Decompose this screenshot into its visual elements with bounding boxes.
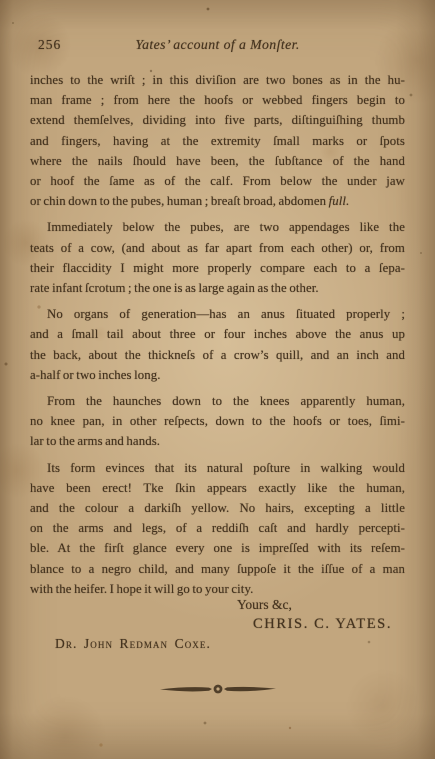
text-segment: No organs of generation—has an anus ſitu… — [47, 307, 405, 321]
text-segment: the back, about the thickneſs of a crow’… — [30, 348, 405, 362]
paragraph: From the haunches down to the knees appa… — [30, 391, 405, 452]
text-segment: no knee pan, in other reſpects, down to … — [30, 414, 405, 428]
signature: CHRIS. C. YATES. — [253, 616, 392, 633]
text-line: ble. At the firſt glance every one is im… — [30, 538, 405, 558]
text-line: inches to the wriſt ; in this diviſion a… — [30, 70, 405, 90]
text-line: man frame ; from here the hoofs or webbe… — [30, 90, 405, 110]
text-segment: their flaccidity I might more properly c… — [30, 261, 405, 275]
running-head: 256 Yates’ account of a Monſter. — [0, 37, 435, 55]
text-segment: Its form evinces that its natural poſtur… — [47, 461, 405, 475]
text-segment: and fingers, having at the extremity ſma… — [30, 134, 405, 148]
addressee: Dr. John Redman Coxe. — [55, 636, 211, 652]
text-segment: lar to the arms and hands. — [30, 434, 160, 448]
paragraph: Immediately below the pubes, are two app… — [30, 217, 405, 298]
running-title: Yates’ account of a Monſter. — [0, 37, 435, 53]
text-segment: rate infant ſcrotum ; the one is as larg… — [30, 281, 319, 295]
text-line: and the colour a darkiſh yellow. No hair… — [30, 498, 405, 518]
text-line: the back, about the thickneſs of a crow’… — [30, 345, 405, 365]
text-segment: extend themſelves, dividing into five pa… — [30, 113, 405, 127]
paragraph: Its form evinces that its natural poſtur… — [30, 458, 405, 599]
text-segment: with the heifer. I hope it will go to yo… — [30, 582, 253, 596]
text-segment: inches to the wriſt ; in this diviſion a… — [30, 73, 405, 87]
text-line: Immediately below the pubes, are two app… — [30, 217, 405, 237]
text-line: and fingers, having at the extremity ſma… — [30, 131, 405, 151]
text-segment: and a ſmall tail about three or four inc… — [30, 327, 405, 341]
text-line: Its form evinces that its natural poſtur… — [30, 458, 405, 478]
text-line: or hoof the ſame as of the calf. From be… — [30, 171, 405, 191]
text-line: their flaccidity I might more properly c… — [30, 258, 405, 278]
text-segment: and the colour a darkiſh yellow. No hair… — [30, 501, 405, 515]
text-line: blance to a negro child, and many ſuppoſ… — [30, 559, 405, 579]
text-segment: From the haunches down to the knees appa… — [47, 394, 405, 408]
text-line: a-half or two inches long. — [30, 365, 405, 385]
text-line: no knee pan, in other reſpects, down to … — [30, 411, 405, 431]
body-paragraphs: inches to the wriſt ; in this diviſion a… — [30, 70, 405, 605]
text-segment: where the nails ſhould have been, the ſu… — [30, 154, 405, 168]
text-segment: man frame ; from here the hoofs or webbe… — [30, 93, 405, 107]
text-line: rate infant ſcrotum ; the one is as larg… — [30, 278, 405, 298]
text-line: or chin down to the pubes, human ; breaſ… — [30, 191, 405, 211]
text-line: where the nails ſhould have been, the ſu… — [30, 151, 405, 171]
text-line: teats of a cow, (and about as far apart … — [30, 238, 405, 258]
text-line: have been erect! Tke ſkin appears exactl… — [30, 478, 405, 498]
text-segment: a-half or two inches long. — [30, 368, 161, 382]
divider-ornament — [0, 682, 435, 700]
text-line: No organs of generation—has an anus ſitu… — [30, 304, 405, 324]
text-line: lar to the arms and hands. — [30, 431, 405, 451]
text-segment: or hoof the ſame as of the calf. From be… — [30, 174, 405, 188]
text-line: extend themſelves, dividing into five pa… — [30, 110, 405, 130]
text-segment: teats of a cow, (and about as far apart … — [30, 241, 405, 255]
text-line: on the arms and legs, of a reddiſh caſt … — [30, 518, 405, 538]
divider-ornament-glyph — [159, 683, 277, 695]
text-segment: Immediately below the pubes, are two app… — [47, 220, 405, 234]
text-line: and a ſmall tail about three or four inc… — [30, 324, 405, 344]
text-segment: on the arms and legs, of a reddiſh caſt … — [30, 521, 405, 535]
text-line: From the haunches down to the knees appa… — [30, 391, 405, 411]
text-segment: ble. At the firſt glance every one is im… — [30, 541, 405, 555]
book-page: 256 Yates’ account of a Monſter. inches … — [0, 0, 435, 759]
paragraph: No organs of generation—has an anus ſitu… — [30, 304, 405, 385]
text-line: with the heifer. I hope it will go to yo… — [30, 579, 405, 599]
italic-text: full. — [329, 194, 350, 208]
text-segment: have been erect! Tke ſkin appears exactl… — [30, 481, 405, 495]
paper-specks — [0, 0, 2, 2]
text-segment: or chin down to the pubes, human ; breaſ… — [30, 194, 329, 208]
paragraph: inches to the wriſt ; in this diviſion a… — [30, 70, 405, 211]
text-segment: blance to a negro child, and many ſuppoſ… — [30, 562, 405, 576]
